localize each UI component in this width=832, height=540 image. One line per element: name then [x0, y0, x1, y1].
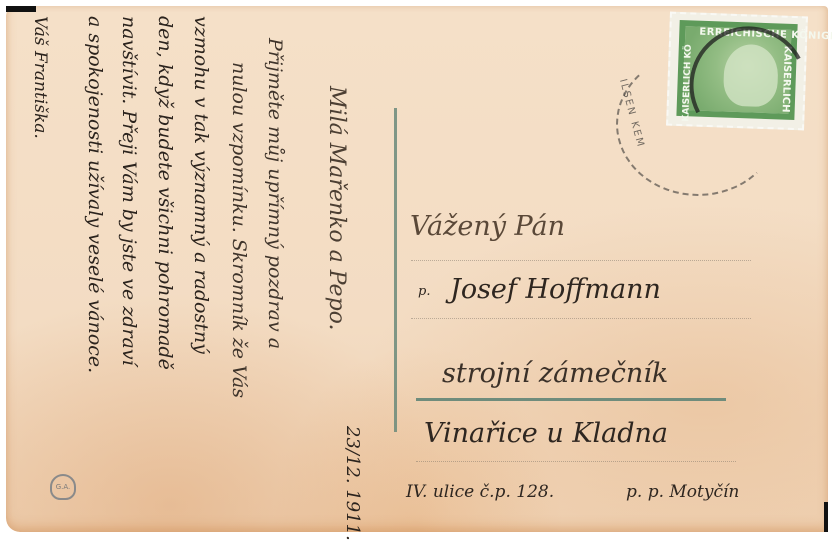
- message-signature: Váš Františka.: [30, 16, 50, 139]
- message-line: a spokojenosti užívaly veselé vánoce.: [84, 16, 106, 373]
- message-date: 23/12. 1911.: [342, 426, 363, 540]
- postage-stamp: ERREICHISCHE KÖNIGLICHE KAISERLICH KAISE…: [666, 12, 808, 131]
- address-rule: [411, 318, 751, 319]
- scan-edge: [824, 502, 828, 532]
- message-line: den, když budete všichni pohromadě: [154, 16, 176, 370]
- message-line: vzmohu v tak významný a radostný: [190, 16, 212, 354]
- address-rule-solid: [416, 398, 726, 401]
- message-line: navštívit. Přeji Vám by jste ve zdraví: [118, 16, 140, 366]
- center-divider: [394, 108, 397, 432]
- publisher-logo-icon: G.A.: [50, 474, 76, 500]
- address-name: Josef Hoffmann: [450, 274, 661, 305]
- message-greeting: Milá Mařenko a Pepo.: [324, 86, 349, 331]
- address-street: IV. ulice č.p. 128.: [406, 482, 554, 502]
- address-rule: [411, 260, 751, 261]
- postcard: ILSEN KEM ERREICHISCHE KÖNIGLICHE KAISER…: [6, 6, 828, 532]
- address-prefix: p.: [418, 284, 430, 299]
- message-line: nulou vzpomínku. Skromník že Vás: [228, 62, 250, 398]
- scan-edge: [6, 6, 36, 12]
- address-occupation: strojní zámečník: [442, 358, 668, 389]
- address-post-office: p. p. Motyčín: [626, 482, 739, 502]
- address-rule: [416, 461, 736, 462]
- message-line: Přijměte můj upřímný pozdrav a: [264, 38, 286, 349]
- address-town: Vinařice u Kladna: [424, 418, 668, 449]
- address-salutation: Vážený Pán: [410, 211, 565, 242]
